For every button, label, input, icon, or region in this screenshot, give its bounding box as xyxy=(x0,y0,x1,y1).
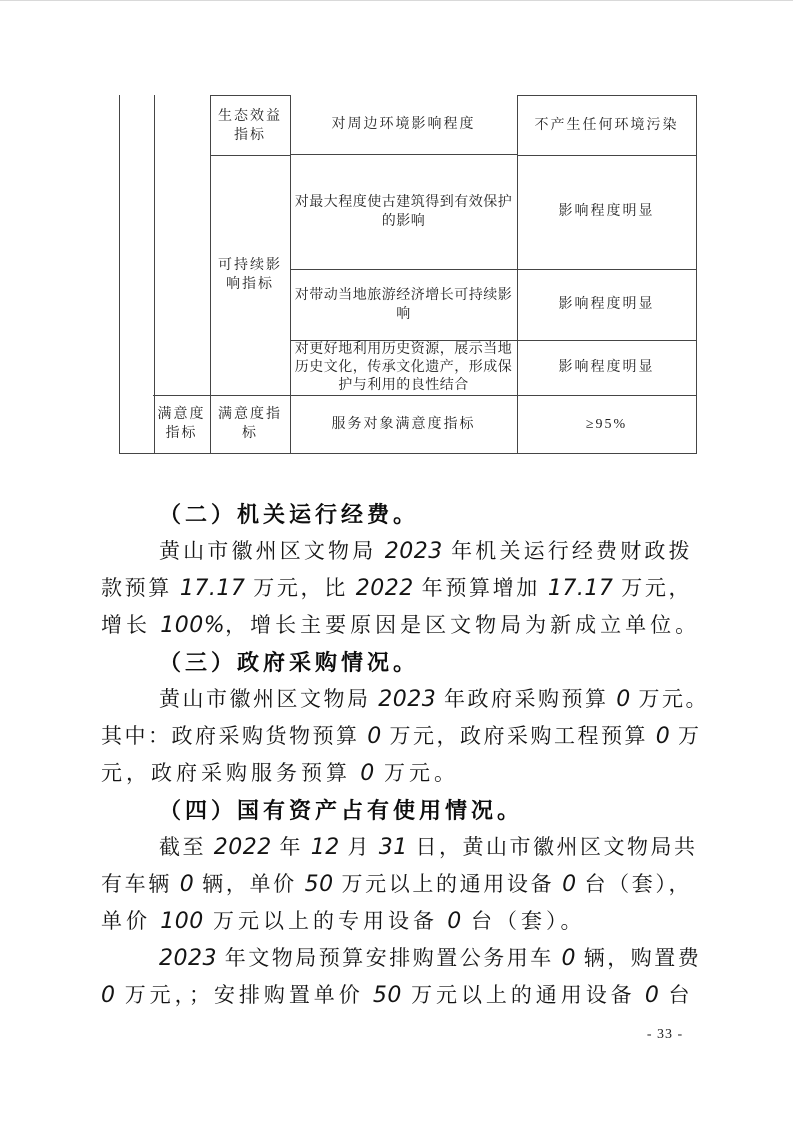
table-cell-sustain-value-2: 影响程度明显 xyxy=(517,269,697,341)
numeral: 17.17 xyxy=(180,576,245,601)
table-cell-continued-col1 xyxy=(119,95,155,454)
numeral: 0 xyxy=(180,872,195,897)
numeral: 100 xyxy=(160,909,204,934)
table-cell-sustain-value-3: 影响程度明显 xyxy=(517,340,697,396)
numeral: 31 xyxy=(379,835,408,860)
section-heading-2: （二）机关运行经费。 xyxy=(101,496,692,533)
page-number: - 33 - xyxy=(625,1027,705,1043)
body-line: 截至 2022 年 12 月 31 日，黄山市徽州区文物局共 xyxy=(101,829,692,866)
numeral: 0 xyxy=(645,983,660,1008)
table-cell-sustain-description-1: 对最大程度使古建筑得到有效保护 的影响 xyxy=(290,154,518,270)
numeral: 2022 xyxy=(356,576,414,601)
numeral: 100% xyxy=(160,613,225,638)
body-line: 款预算 17.17 万元，比 2022 年预算增加 17.17 万元， xyxy=(101,570,692,607)
body-line: 0 万元，；安排购置单价 50 万元以上的通用设备 0 台 xyxy=(101,977,692,1014)
numeral: 0 xyxy=(616,687,631,712)
table-cell-satisfaction-value: ≥95% xyxy=(517,395,697,454)
numeral: 2023 xyxy=(159,946,217,971)
numeral: 2022 xyxy=(214,835,272,860)
body-line: 黄山市徽州区文物局 2023 年政府采购预算 0 万元。 xyxy=(101,681,692,718)
numeral: 0 xyxy=(447,909,462,934)
table-cell-satisfaction-indicator: 满意度指 标 xyxy=(210,395,291,454)
body-line: 元，政府采购服务预算 0 万元。 xyxy=(101,755,692,792)
table-cell-sustain-description-3: 对更好地利用历史资源，展示当地 历史文化，传承文化遗产，形成保 护与利用的良性结… xyxy=(290,340,518,396)
body-line: 其中：政府采购货物预算 0 万元，政府采购工程预算 0 万 xyxy=(101,718,692,755)
table-cell-sustain-value-1: 影响程度明显 xyxy=(517,154,697,270)
document-page: 生态效益 指标 对周边环境影响程度 不产生任何环境污染 可持续影 响指标 对最大… xyxy=(0,0,793,1122)
body-line: 黄山市徽州区文物局 2023 年机关运行经费财政拨 xyxy=(101,533,692,570)
numeral: 0 xyxy=(562,946,577,971)
numeral: 2023 xyxy=(378,687,436,712)
table-cell-continued-col2 xyxy=(153,95,211,396)
table-cell-eco-indicator: 生态效益 指标 xyxy=(210,95,291,156)
section-heading-3: （三）政府采购情况。 xyxy=(101,644,692,681)
numeral: 0 xyxy=(562,872,577,897)
numeral: 0 xyxy=(367,724,382,749)
numeral: 50 xyxy=(373,983,402,1008)
table-cell-eco-description: 对周边环境影响程度 xyxy=(290,95,518,155)
table-cell-sustain-description-2: 对带动当地旅游经济增长可持续影 响 xyxy=(290,269,518,341)
numeral: 12 xyxy=(311,835,340,860)
numeral: 0 xyxy=(656,724,671,749)
numeral: 17.17 xyxy=(548,576,613,601)
section-heading-4: （四）国有资产占有使用情况。 xyxy=(101,792,692,829)
body-line: 单价 100 万元以上的专用设备 0 台（套）。 xyxy=(101,903,692,940)
table-cell-satisfaction-description: 服务对象满意度指标 xyxy=(290,395,518,454)
body-line: 2023 年文物局预算安排购置公务用车 0 辆，购置费 xyxy=(101,940,692,977)
table-cell-satisfaction-category: 满意度 指标 xyxy=(153,395,211,454)
numeral: 0 xyxy=(360,761,375,786)
numeral: 50 xyxy=(305,872,334,897)
page-top-edge xyxy=(0,0,793,1)
body-line: 增长 100%，增长主要原因是区文物局为新成立单位。 xyxy=(101,607,692,644)
table-cell-sustain-indicator: 可持续影 响指标 xyxy=(210,154,291,396)
numeral: 2023 xyxy=(385,539,443,564)
table-cell-eco-value: 不产生任何环境污染 xyxy=(517,95,697,156)
numeral: 0 xyxy=(101,983,116,1008)
body-text: （二）机关运行经费。 黄山市徽州区文物局 2023 年机关运行经费财政拨 款预算… xyxy=(101,496,692,1014)
body-line: 有车辆 0 辆，单价 50 万元以上的通用设备 0 台（套）， xyxy=(101,866,692,903)
